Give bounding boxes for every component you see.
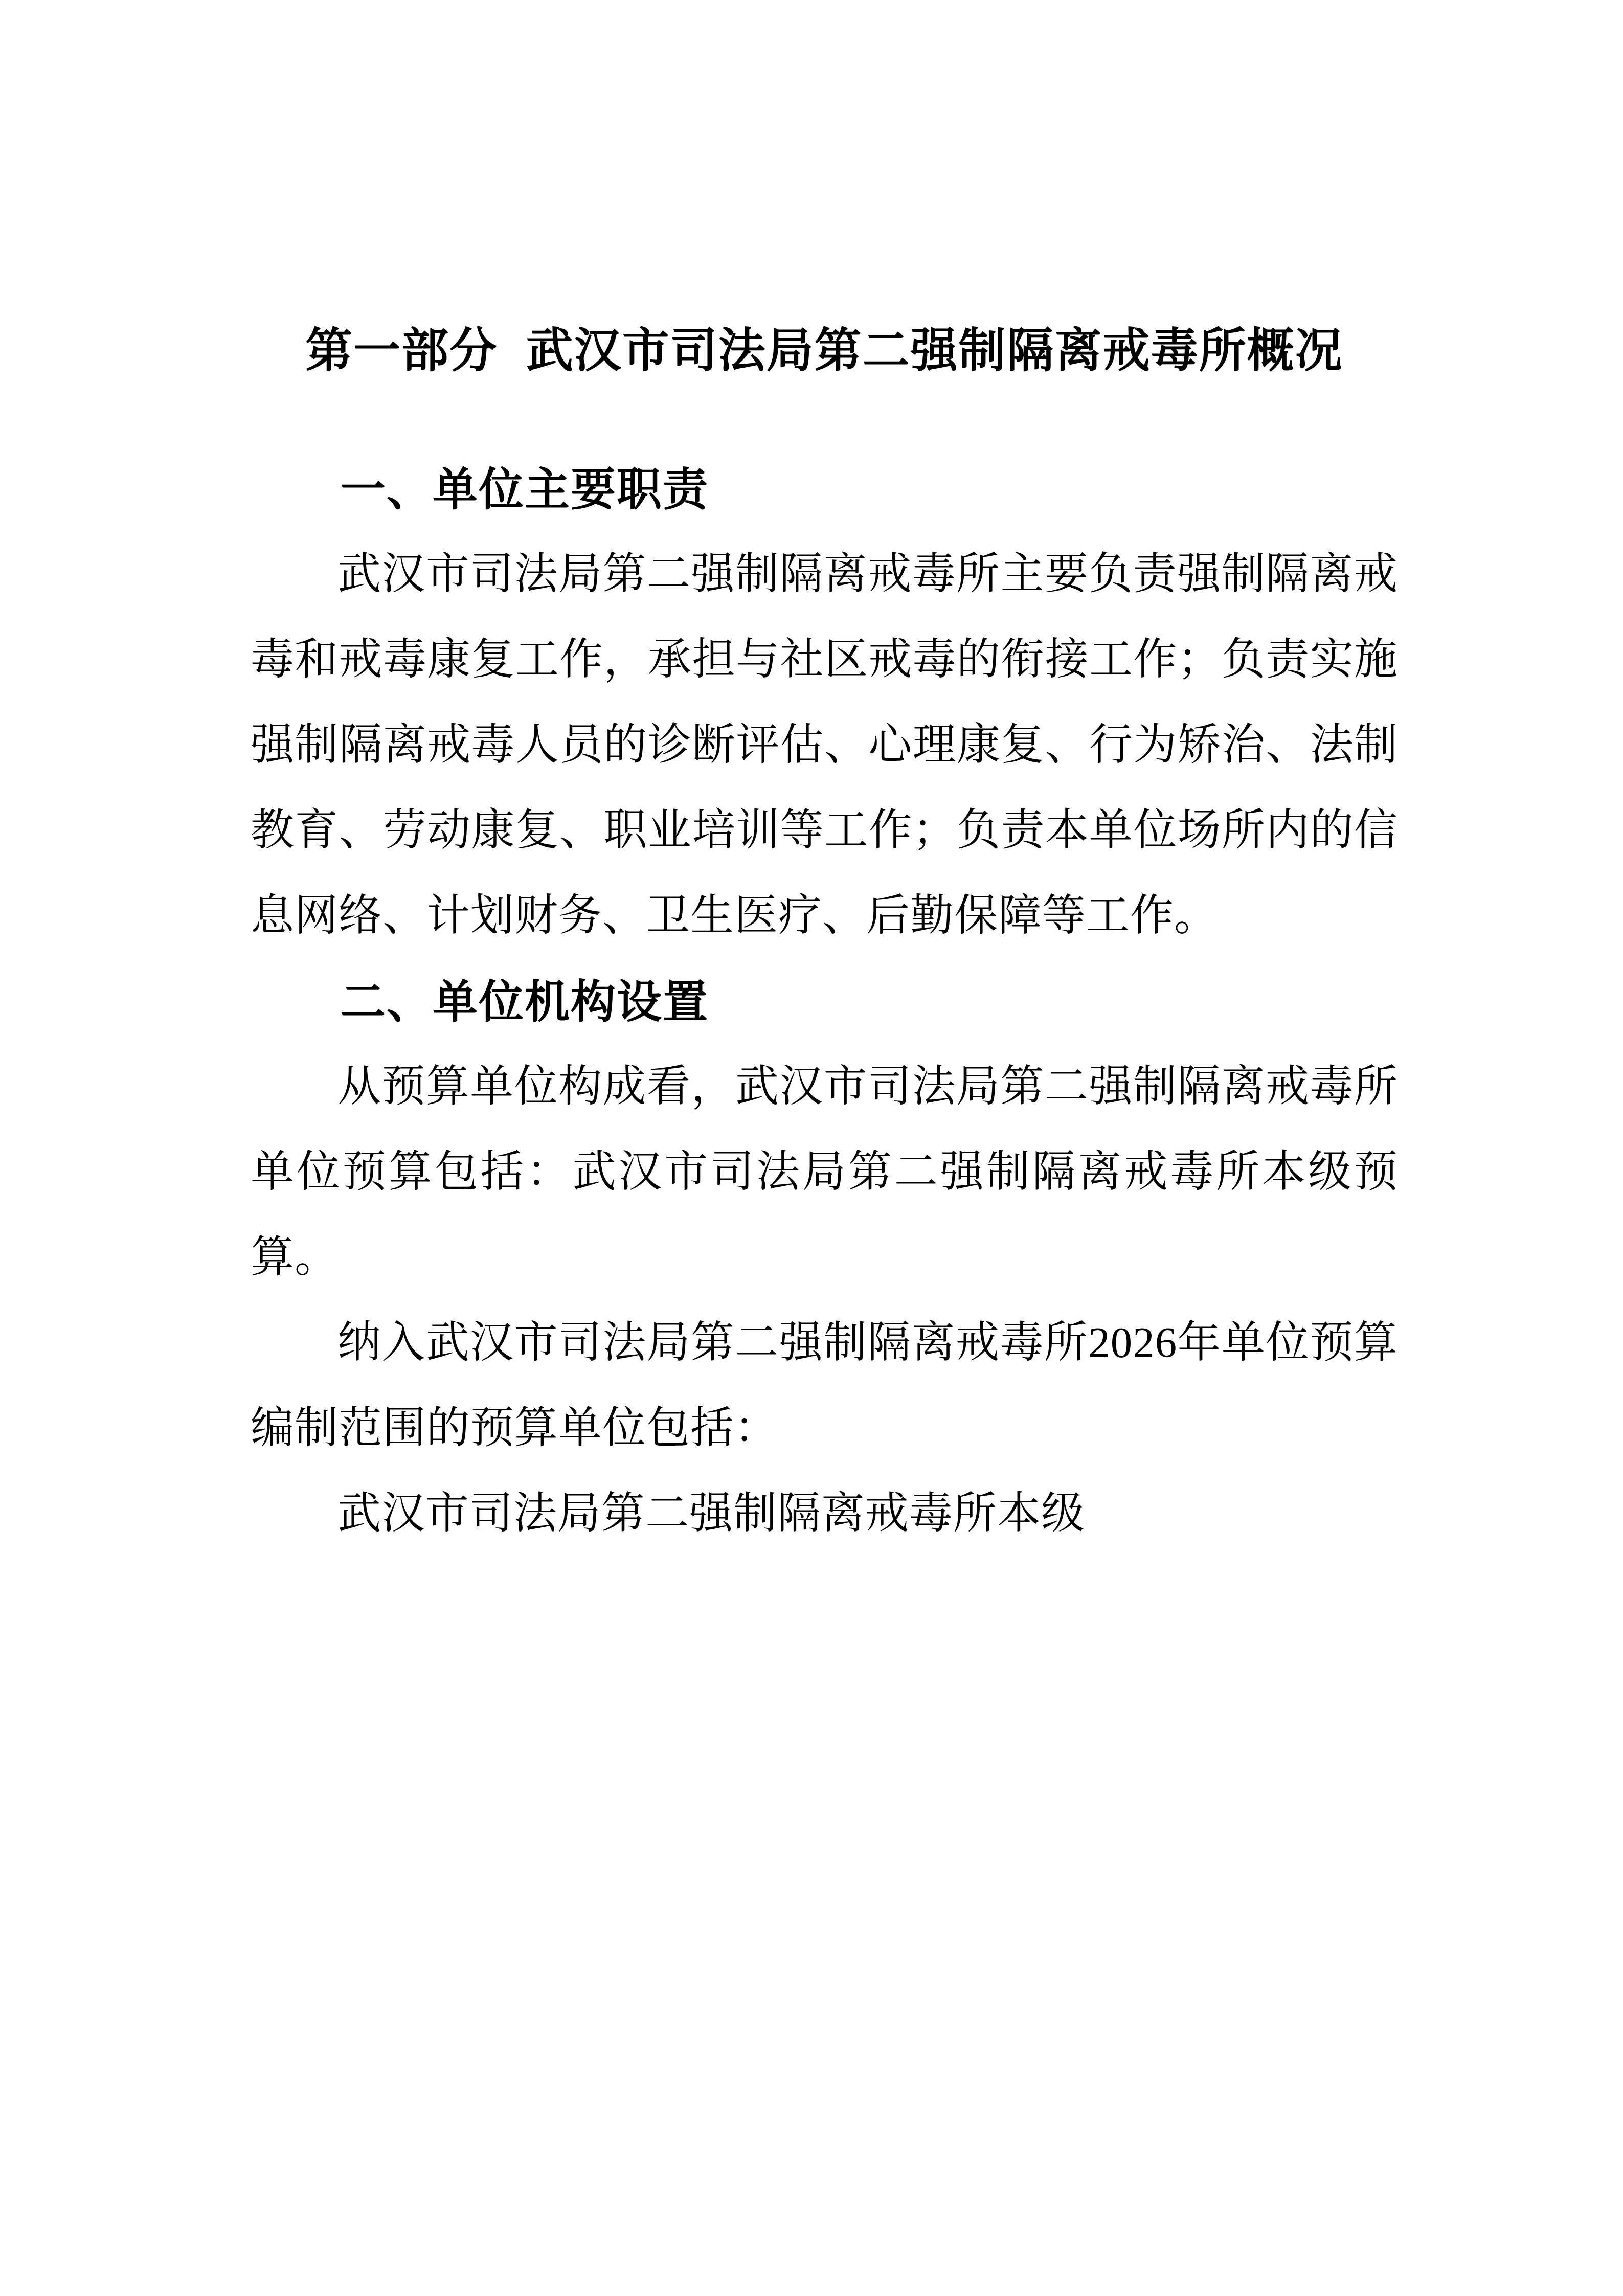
- section-1-paragraph-1: 武汉市司法局第二强制隔离戒毒所主要负责强制隔离戒毒和戒毒康复工作，承担与社区戒毒…: [251, 532, 1398, 959]
- document-title: 第一部分 武汉市司法局第二强制隔离戒毒所概况: [251, 317, 1398, 385]
- section-2-heading: 二、单位机构设置: [251, 959, 1398, 1044]
- section-2-paragraph-2: 纳入武汉市司法局第二强制隔离戒毒所2026年单位预算编制范围的预算单位包括：: [251, 1300, 1398, 1471]
- document-page: 第一部分 武汉市司法局第二强制隔离戒毒所概况 一、单位主要职责 武汉市司法局第二…: [0, 0, 1623, 2296]
- section-2-paragraph-1: 从预算单位构成看，武汉市司法局第二强制隔离戒毒所单位预算包括：武汉市司法局第二强…: [251, 1044, 1398, 1300]
- section-2-paragraph-3: 武汉市司法局第二强制隔离戒毒所本级: [251, 1471, 1398, 1557]
- section-1-heading: 一、单位主要职责: [251, 446, 1398, 532]
